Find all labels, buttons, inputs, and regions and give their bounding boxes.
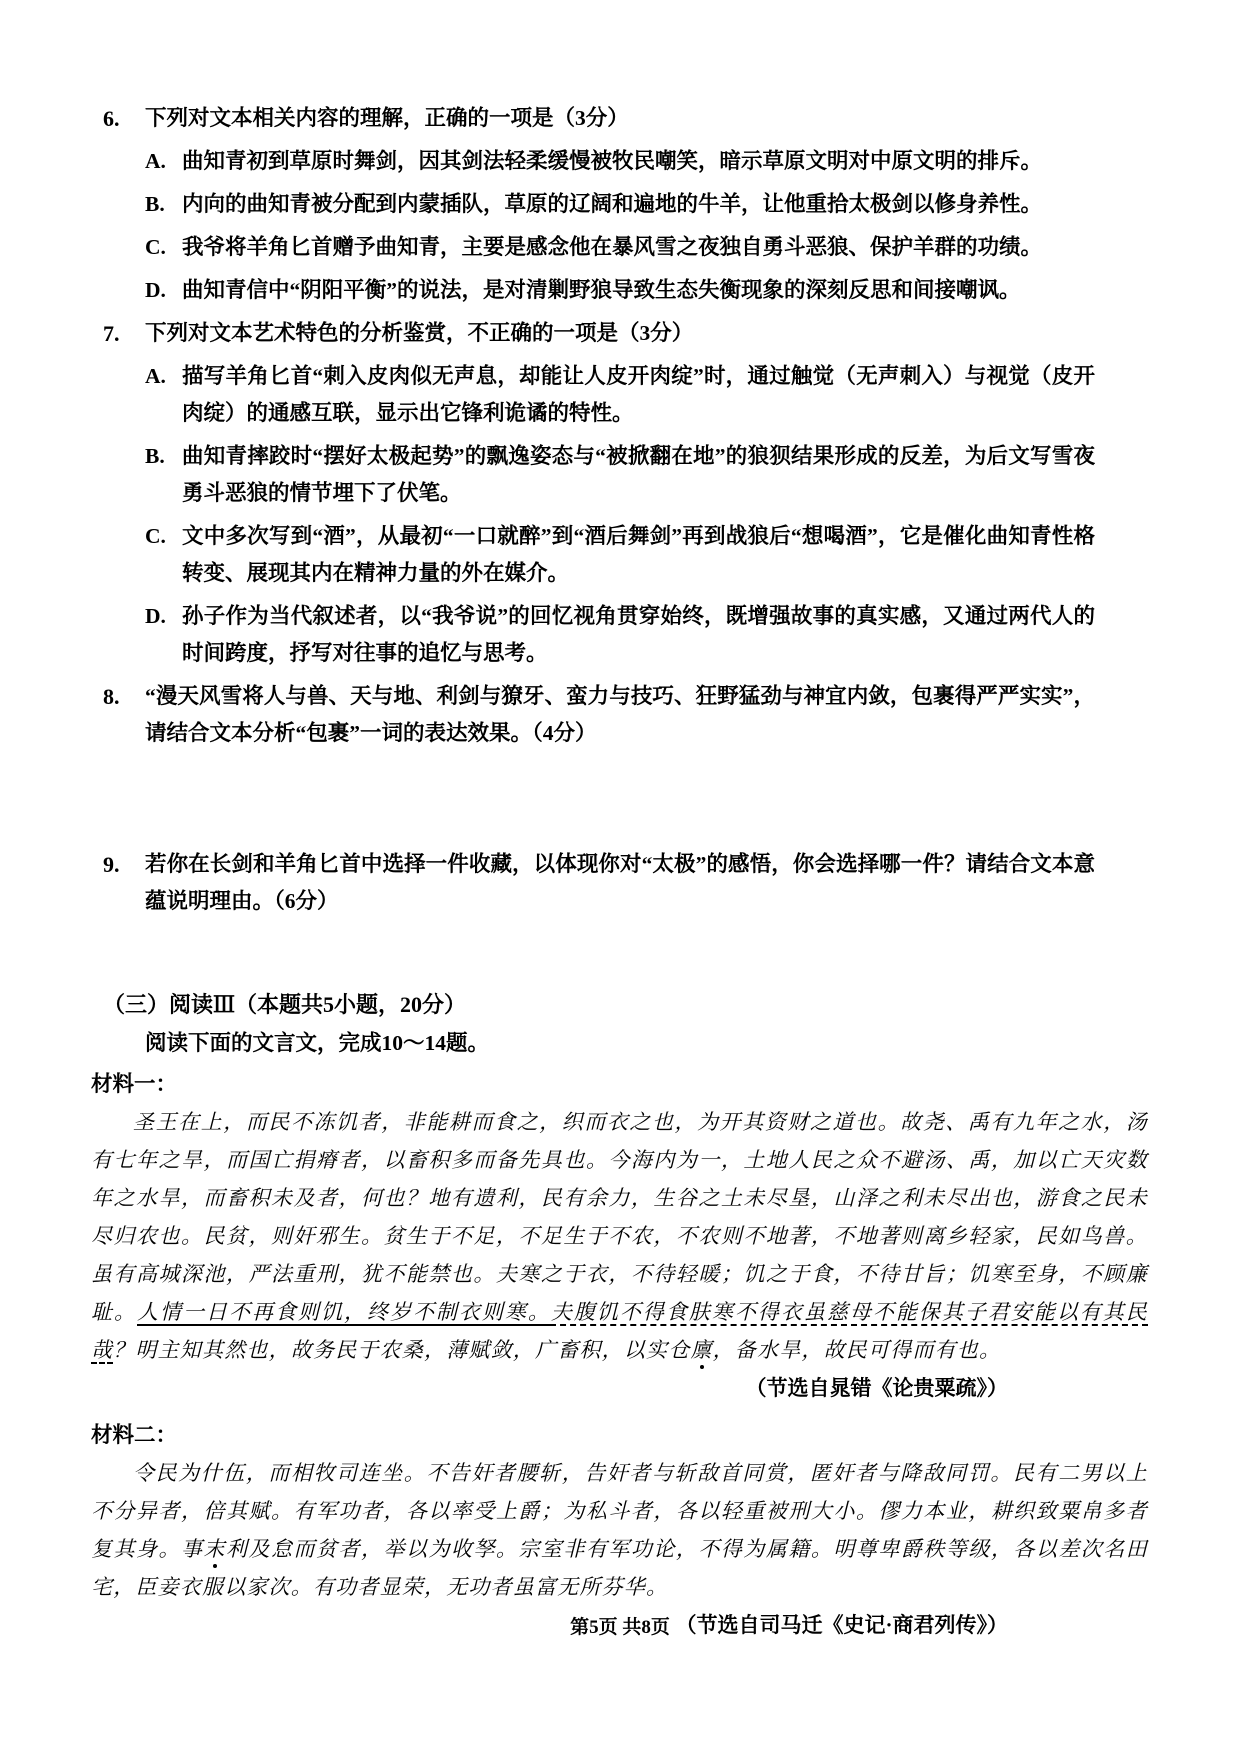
text-segment-emdot: 末 (203, 1537, 226, 1561)
option-row-a: A. 曲知青初到草原时舞剑，因其剑法轻柔缓慢被牧民嘲笑，暗示草原文明对中原文明的… (145, 143, 1042, 180)
exam-page: 6. 下列对文本相关内容的理解，正确的一项是（3分） A. 曲知青初到草原时舞剑… (0, 0, 1240, 1753)
reading-section: （三）阅读Ⅲ（本题共5小题，20分） 阅读下面的文言文，完成10～14题。 材料… (91, 986, 1148, 1644)
option-text: 文中多次写到“酒”，从最初“一口就醉”到“酒后舞剑”再到战狼后“想喝酒”，它是催… (182, 518, 1095, 592)
option-text: 内向的曲知青被分配到内蒙插队，草原的辽阔和遍地的牛羊，让他重拾太极剑以修身养性。 (182, 186, 1042, 223)
option-label: A. (145, 143, 182, 180)
option-text: 我爷将羊角匕首赠予曲知青，主要是感念他在暴风雪之夜独自勇斗恶狼、保护羊群的功绩。 (182, 229, 1042, 266)
option-label: C. (145, 518, 182, 555)
question-stem: 下列对文本艺术特色的分析鉴赏，不正确的一项是（3分） (145, 315, 1095, 352)
question-body: “漫天风雪将人与兽、天与地、利剑与獠牙、蛮力与技巧、狂野猛劲与神宜内敛，包裹得严… (145, 678, 1095, 758)
text-segment-normal: ，备水旱，故民可得而有也。 (713, 1338, 1002, 1362)
question-number: 7. (103, 315, 145, 352)
exam-page-body: { "questions": [ { "num": "6.", "stem": … (0, 0, 1240, 1753)
material-text: 令民为什伍，而相牧司连坐。不告奸者腰斩，告奸者与斩敌首同赏，匿奸者与降敌同罚。民… (91, 1454, 1148, 1606)
page-footer: 第5页 共8页 (0, 1612, 1240, 1639)
text-segment-normal: ？明主知其然也，故务民于农桑，薄赋敛，广畜积，以实仓 (113, 1338, 690, 1362)
material-text: 圣王在上，而民不冻饥者，非能耕而食之，织而衣之也，为开其资财之道也。故尧、禹有九… (91, 1103, 1148, 1369)
question-stem: 下列对文本相关内容的理解，正确的一项是（3分） (145, 100, 1042, 137)
material-label: 材料一： (91, 1066, 1148, 1103)
question-body: 若你在长剑和羊角匕首中选择一件收藏，以体现你对“太极”的感悟，你会选择哪一件？请… (145, 846, 1095, 926)
option-label: A. (145, 358, 182, 395)
option-row-d: D. 曲知青信中“阴阳平衡”的说法，是对清剿野狼导致生态失衡现象的深刻反思和间接… (145, 272, 1042, 309)
reading-instruction: 阅读下面的文言文，完成10～14题。 (145, 1025, 1148, 1062)
material-2: 材料二： 令民为什伍，而相牧司连坐。不告奸者腰斩，告奸者与斩敌首同赏，匿奸者与降… (91, 1417, 1148, 1644)
question-number: 8. (103, 678, 145, 715)
option-row-c: C. 文中多次写到“酒”，从最初“一口就醉”到“酒后舞剑”再到战狼后“想喝酒”，… (145, 518, 1095, 592)
option-text: 曲知青信中“阴阳平衡”的说法，是对清剿野狼导致生态失衡现象的深刻反思和间接嘲讽。 (182, 272, 1042, 309)
question-7: 7. 下列对文本艺术特色的分析鉴赏，不正确的一项是（3分） A. 描写羊角匕首“… (103, 315, 1148, 678)
question-stem: 若你在长剑和羊角匕首中选择一件收藏，以体现你对“太极”的感悟，你会选择哪一件？请… (145, 846, 1095, 920)
question-9: 9. 若你在长剑和羊角匕首中选择一件收藏，以体现你对“太极”的感悟，你会选择哪一… (103, 846, 1148, 926)
text-segment-normal: 圣王在上，而民不冻饥者，非能耕而食之，织而衣之也，为开其资财之道也。故尧、禹有九… (91, 1110, 1148, 1324)
question-body: 下列对文本相关内容的理解，正确的一项是（3分） A. 曲知青初到草原时舞剑，因其… (145, 100, 1042, 315)
option-row-b: B. 内向的曲知青被分配到内蒙插队，草原的辽阔和遍地的牛羊，让他重拾太极剑以修身… (145, 186, 1042, 223)
option-label: B. (145, 186, 182, 223)
option-label: B. (145, 438, 182, 475)
question-body: 下列对文本艺术特色的分析鉴赏，不正确的一项是（3分） A. 描写羊角匕首“刺入皮… (145, 315, 1095, 678)
option-text: 曲知青初到草原时舞剑，因其剑法轻柔缓慢被牧民嘲笑，暗示草原文明对中原文明的排斥。 (182, 143, 1042, 180)
option-row-d: D. 孙子作为当代叙述者，以“我爷说”的回忆视角贯穿始终，既增强故事的真实感，又… (145, 598, 1095, 672)
section-heading: （三）阅读Ⅲ（本题共5小题，20分） (103, 986, 1148, 1023)
option-row-c: C. 我爷将羊角匕首赠予曲知青，主要是感念他在暴风雪之夜独自勇斗恶狼、保护羊群的… (145, 229, 1042, 266)
question-number: 6. (103, 100, 145, 137)
option-text: 描写羊角匕首“刺入皮肉似无声息，却能让人皮开肉绽”时，通过触觉（无声刺入）与视觉… (182, 358, 1095, 432)
option-label: C. (145, 229, 182, 266)
question-6: 6. 下列对文本相关内容的理解，正确的一项是（3分） A. 曲知青初到草原时舞剑… (103, 100, 1148, 315)
source-attribution: （节选自晁错《论贵粟疏》） (91, 1369, 1148, 1407)
option-row-b: B. 曲知青摔跤时“摆好太极起势”的飘逸姿态与“被掀翻在地”的狼狈结果形成的反差… (145, 438, 1095, 512)
option-label: D. (145, 272, 182, 309)
text-segment-underline: 人情一日不再食则饥，终岁不制衣则寒。 (137, 1300, 551, 1324)
question-number: 9. (103, 846, 145, 883)
option-text: 曲知青摔跤时“摆好太极起势”的飘逸姿态与“被掀翻在地”的狼狈结果形成的反差，为后… (182, 438, 1095, 512)
option-text: 孙子作为当代叙述者，以“我爷说”的回忆视角贯穿始终，既增强故事的真实感，又通过两… (182, 598, 1095, 672)
option-row-a: A. 描写羊角匕首“刺入皮肉似无声息，却能让人皮开肉绽”时，通过触觉（无声刺入）… (145, 358, 1095, 432)
text-segment-normal: 利及怠而贫者，举以为收孥。宗室非有军功论，不得为属籍。明尊卑爵秩等级，各以差次名… (91, 1537, 1148, 1599)
material-label: 材料二： (91, 1417, 1148, 1454)
option-label: D. (145, 598, 182, 635)
material-1: 材料一： 圣王在上，而民不冻饥者，非能耕而食之，织而衣之也，为开其资财之道也。故… (91, 1066, 1148, 1407)
question-8: 8. “漫天风雪将人与兽、天与地、利剑与獠牙、蛮力与技巧、狂野猛劲与神宜内敛，包… (103, 678, 1148, 758)
text-segment-emdot: 廪 (690, 1338, 712, 1362)
page-number: 第5页 共8页 (570, 1617, 670, 1638)
question-stem: “漫天风雪将人与兽、天与地、利剑与獠牙、蛮力与技巧、狂野猛劲与神宜内敛，包裹得严… (145, 678, 1095, 752)
questions-section: 6. 下列对文本相关内容的理解，正确的一项是（3分） A. 曲知青初到草原时舞剑… (103, 100, 1148, 926)
